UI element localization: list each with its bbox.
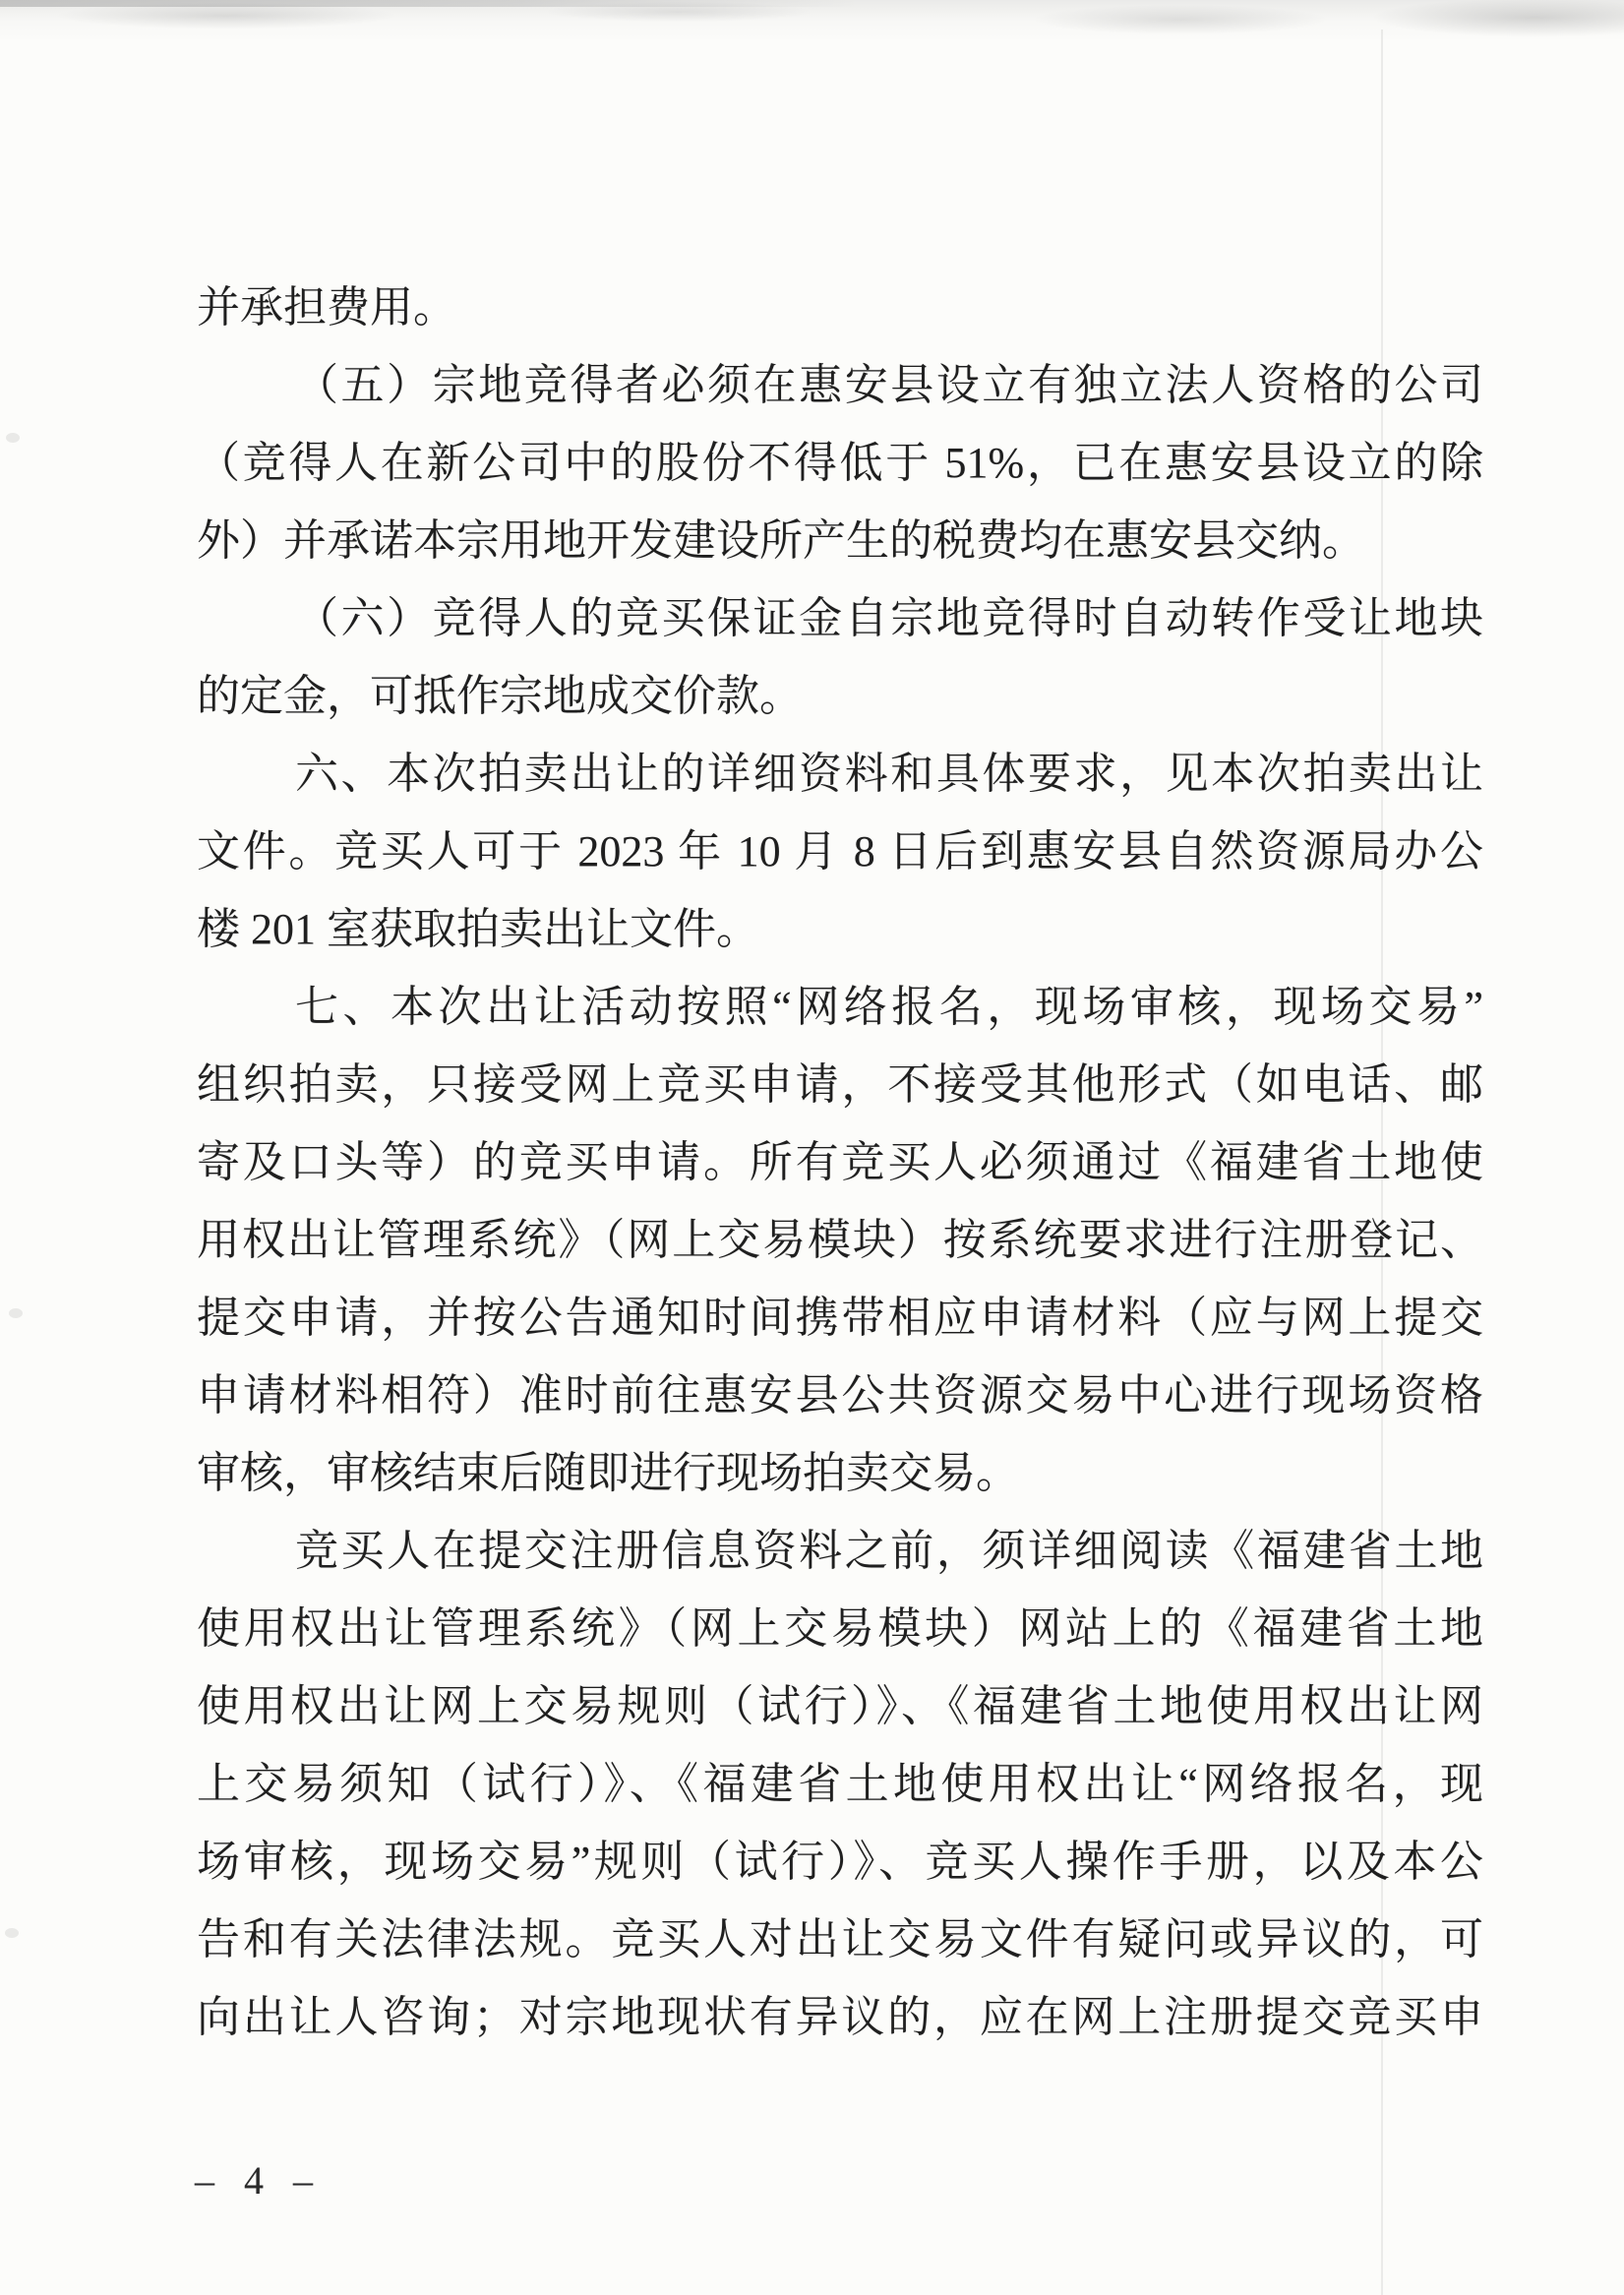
text-line: 上交易须知（试行）》、《福建省土地使用权出让“网络报名，现 [197,1745,1483,1823]
text-line: 七、本次出让活动按照“网络报名，现场审核，现场交易” [197,968,1483,1046]
page-number: – 4 – [195,2157,323,2204]
text-line: 提交申请，并按公告通知时间携带相应申请材料（应与网上提交 [197,1279,1483,1357]
scan-artifact-speck [9,1308,23,1318]
document-page: 并承担费用。（五）宗地竞得者必须在惠安县设立有独立法人资格的公司（竞得人在新公司… [0,0,1624,2295]
text-line: 文件。竞买人可于 2023 年 10 月 8 日后到惠安县自然资源局办公 [197,813,1483,890]
text-line: 申请材料相符）准时前往惠安县公共资源交易中心进行现场资格 [197,1357,1483,1434]
text-line: 用权出让管理系统》（网上交易模块）按系统要求进行注册登记、 [197,1201,1483,1279]
text-line: 审核，审核结束后随即进行现场拍卖交易。 [197,1434,1483,1512]
text-line: 场审核，现场交易”规则（试行）》、竞买人操作手册，以及本公 [197,1823,1483,1901]
text-line: （竞得人在新公司中的股份不得低于 51%，已在惠安县设立的除 [197,424,1483,502]
scan-artifact-speck [5,1928,19,1938]
text-line: 的定金，可抵作宗地成交价款。 [197,657,1483,735]
text-line: 竞买人在提交注册信息资料之前，须详细阅读《福建省土地 [197,1512,1483,1590]
text-line: 向出让人咨询；对宗地现状有异议的，应在网上注册提交竞买申 [197,1978,1483,2056]
text-line: 并承担费用。 [197,269,1483,346]
scan-artifact-speck [6,433,20,443]
text-line: 告和有关法律法规。竞买人对出让交易文件有疑问或异议的，可 [197,1901,1483,1978]
text-line: 使用权出让管理系统》（网上交易模块）网站上的《福建省土地 [197,1590,1483,1667]
text-line: （六）竞得人的竞买保证金自宗地竞得时自动转作受让地块 [197,579,1483,657]
document-body: 并承担费用。（五）宗地竞得者必须在惠安县设立有独立法人资格的公司（竞得人在新公司… [197,269,1483,2056]
text-line: 使用权出让网上交易规则（试行）》、《福建省土地使用权出让网 [197,1667,1483,1745]
text-line: （五）宗地竞得者必须在惠安县设立有独立法人资格的公司 [197,346,1483,424]
text-line: 组织拍卖，只接受网上竞买申请，不接受其他形式（如电话、邮 [197,1046,1483,1123]
text-line: 楼 201 室获取拍卖出让文件。 [197,890,1483,968]
text-line: 六、本次拍卖出让的详细资料和具体要求，见本次拍卖出让 [197,735,1483,813]
text-line: 外）并承诺本宗用地开发建设所产生的税费均在惠安县交纳。 [197,502,1483,579]
text-line: 寄及口头等）的竞买申请。所有竞买人必须通过《福建省土地使 [197,1123,1483,1201]
